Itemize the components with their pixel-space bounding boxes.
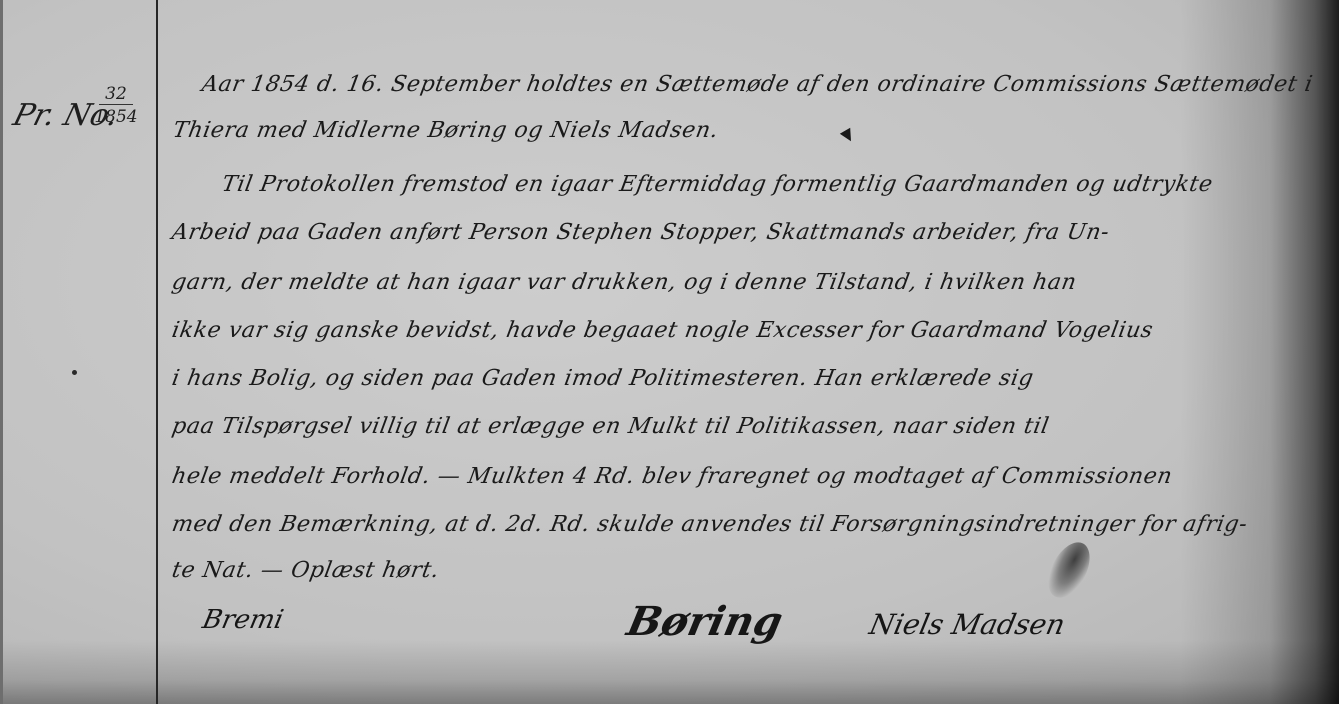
body-line: Til Protokollen fremstod en igaar Efterm… [220,172,1215,197]
ink-blot [1040,536,1098,605]
body-line: Thiera med Midlerne Børing og Niels Mads… [171,118,720,143]
margin-rule-line [156,0,158,704]
body-line: i hans Bolig, og siden paa Gaden imod Po… [170,366,1036,391]
signature-witness: Bremi [200,605,286,635]
body-line: garn, der meldte at han igaar var drukke… [170,270,1079,295]
body-line: med den Bemærkning, at d. 2d. Rd. skulde… [170,512,1249,537]
page-left-edge [0,0,3,704]
body-line: paa Tilspørgsel villig til at erlægge en… [170,414,1051,439]
body-line: te Nat. — Oplæst hørt. [170,558,441,583]
case-number: 32 [99,84,133,105]
margin-ink-dot [72,370,77,375]
body-line: hele meddelt Forhold. — Mulkten 4 Rd. bl… [170,464,1174,489]
body-line: Aar 1854 d. 16. September holdtes en Sæt… [200,72,1315,97]
signature-boring: Børing [623,598,787,645]
body-line: Arbeid paa Gaden anført Person Stephen S… [170,220,1111,245]
scanned-document-page: Pr. No. 32 1854 Aar 1854 d. 16. Septembe… [0,0,1339,704]
signature-niels-madsen: Niels Madsen [866,608,1068,641]
case-number-fraction: 32 1854 [86,84,146,127]
margin-case-reference: Pr. No. 32 1854 [8,84,148,144]
body-line: ikke var sig ganske bevidst, havde begaa… [170,318,1155,343]
case-year: 1854 [94,107,137,127]
ink-mark [840,128,856,144]
